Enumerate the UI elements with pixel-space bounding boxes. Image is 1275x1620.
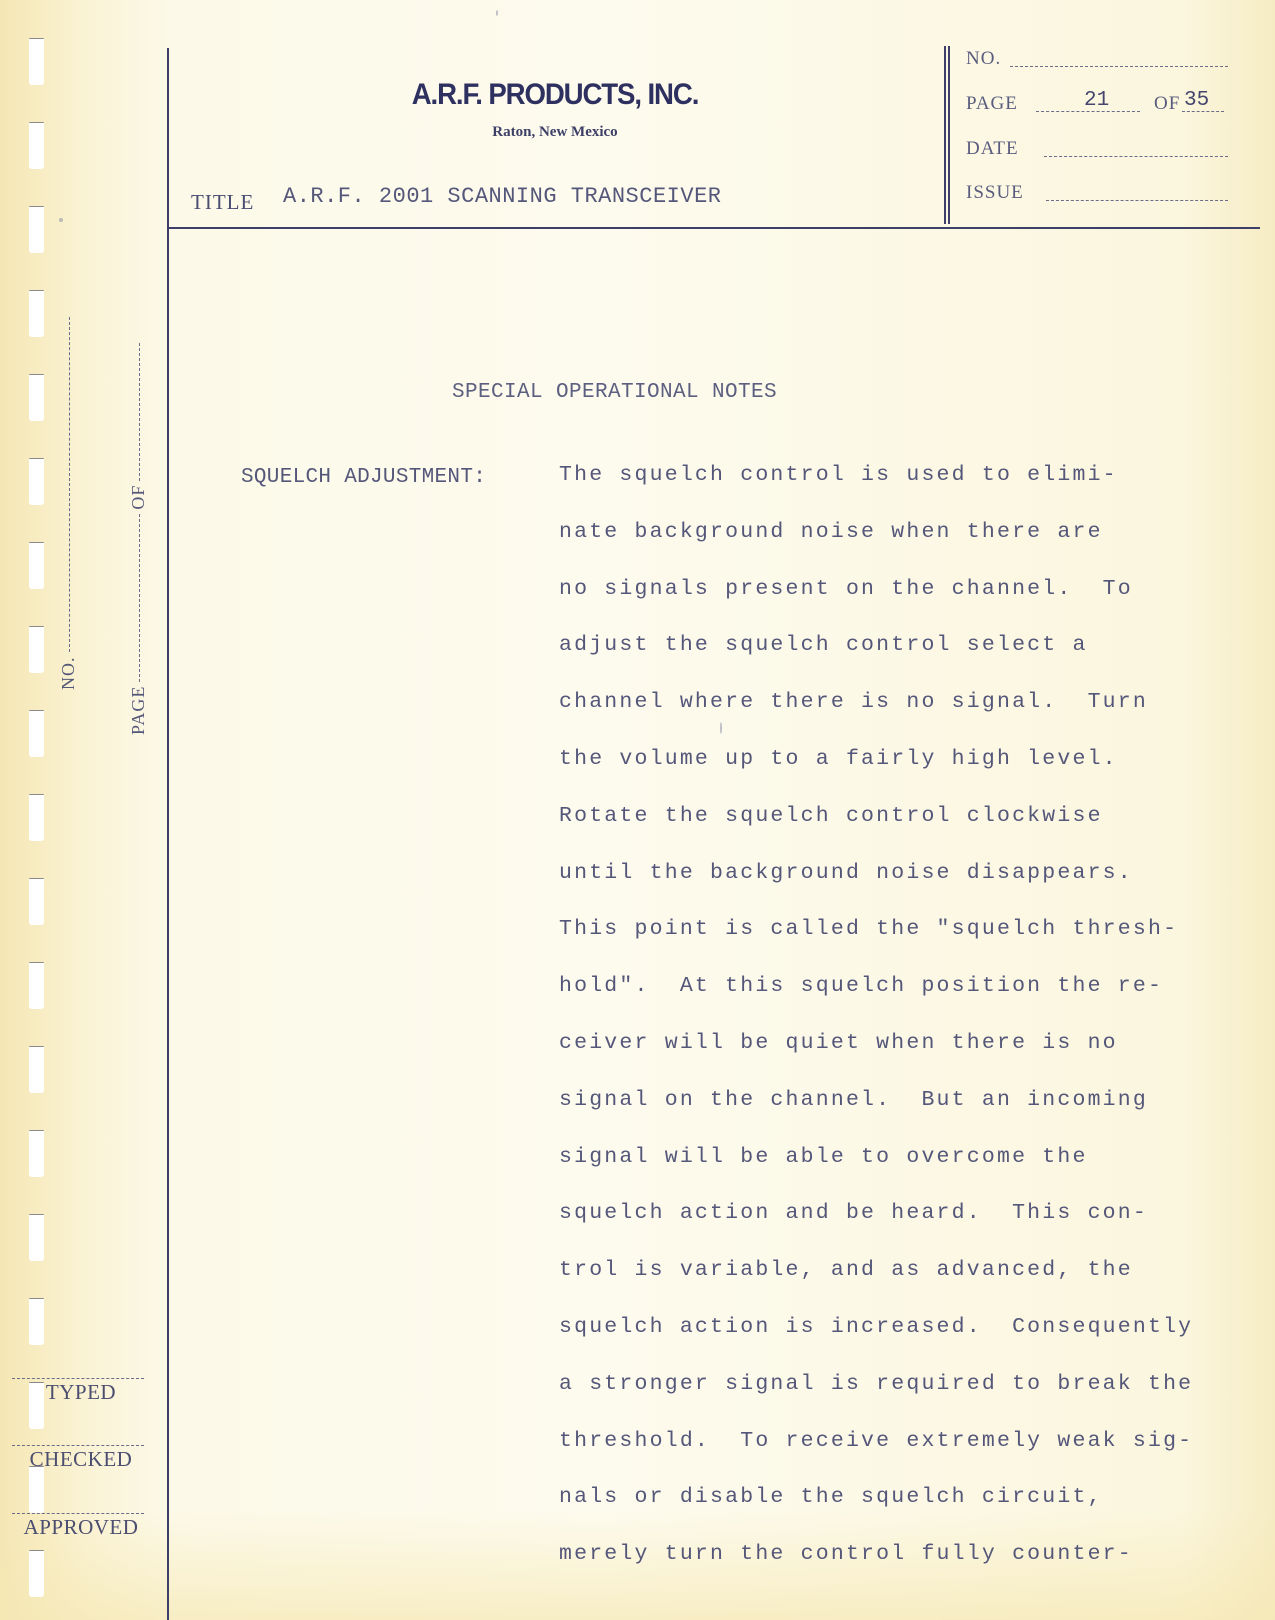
- margin-no-label: NO.: [58, 657, 78, 691]
- text-line: squelch action and be heard. This con-: [559, 1201, 1239, 1258]
- text-line: ceiver will be quiet when there is no: [559, 1031, 1239, 1088]
- of-label: OF: [1154, 93, 1180, 115]
- issue-label: ISSUE: [966, 182, 1024, 204]
- typed-line: [12, 1378, 144, 1379]
- header-rule: [169, 227, 1260, 229]
- text-line: trol is variable, and as advanced, the: [559, 1258, 1239, 1315]
- text-line: threshold. To receive extremely weak sig…: [559, 1429, 1239, 1486]
- body-paragraph: The squelch control is used to elimi-nat…: [559, 463, 1239, 1599]
- checked-label: CHECKED: [12, 1447, 150, 1472]
- punch-holes: [29, 0, 47, 1620]
- text-line: hold". At this squelch position the re-: [559, 974, 1239, 1031]
- punch-hole: [29, 38, 44, 85]
- punch-hole: [29, 1466, 44, 1513]
- margin-rule: [167, 48, 169, 1620]
- punch-hole: [29, 1130, 44, 1177]
- date-field-line: [1044, 156, 1228, 157]
- document-title: A.R.F. 2001 SCANNING TRANSCEIVER: [283, 184, 721, 209]
- punch-hole: [29, 374, 44, 421]
- text-line: the volume up to a fairly high level.: [559, 747, 1239, 804]
- company-name: A.R.F. PRODUCTS, INC.: [394, 78, 716, 112]
- margin-no-line: [69, 318, 70, 653]
- meta-issue: ISSUE: [966, 182, 1266, 208]
- punch-hole: [29, 1298, 44, 1345]
- meta-no: NO.: [966, 48, 1266, 74]
- company-location: Raton, New Mexico: [380, 124, 730, 141]
- text-line: squelch action is increased. Consequentl…: [559, 1315, 1239, 1372]
- approved-line: [12, 1513, 144, 1514]
- text-line: channel where there is no signal. Turn: [559, 690, 1239, 747]
- text-line: nate background noise when there are: [559, 520, 1239, 577]
- typed-label: TYPED: [12, 1380, 150, 1405]
- page-label: PAGE: [966, 93, 1018, 115]
- punch-hole: [29, 1550, 44, 1597]
- title-label: TITLE: [191, 190, 254, 215]
- margin-no-field: NO.: [58, 314, 79, 691]
- paper-speck: [59, 218, 63, 222]
- punch-hole: [29, 794, 44, 841]
- page-number: 21: [1084, 89, 1109, 112]
- checked-line: [12, 1445, 144, 1446]
- margin-page-field: PAGEOF: [128, 339, 149, 735]
- punch-hole: [29, 1214, 44, 1261]
- no-field-line: [1010, 66, 1228, 67]
- punch-hole: [29, 458, 44, 505]
- no-label: NO.: [966, 48, 1001, 70]
- margin-page-line: [139, 514, 140, 682]
- text-line: signal will be able to overcome the: [559, 1145, 1239, 1202]
- text-line: This point is called the "squelch thresh…: [559, 917, 1239, 974]
- text-line: nals or disable the squelch circuit,: [559, 1485, 1239, 1542]
- punch-hole: [29, 290, 44, 337]
- paper-speck: [496, 10, 498, 16]
- punch-hole: [29, 878, 44, 925]
- punch-hole: [29, 626, 44, 673]
- date-label: DATE: [966, 138, 1019, 160]
- issue-field-line: [1046, 200, 1228, 201]
- punch-hole: [29, 122, 44, 169]
- meta-date: DATE: [966, 138, 1266, 164]
- approved-label: APPROVED: [12, 1515, 150, 1540]
- margin-page-label: PAGE: [128, 686, 148, 735]
- text-line: signal on the channel. But an incoming: [559, 1088, 1239, 1145]
- text-line: Rotate the squelch control clockwise: [559, 804, 1239, 861]
- total-pages: 35: [1184, 89, 1209, 112]
- text-line: The squelch control is used to elimi-: [559, 463, 1239, 520]
- text-line: no signals present on the channel. To: [559, 577, 1239, 634]
- punch-hole: [29, 542, 44, 589]
- paper-speck: [720, 722, 722, 734]
- text-line: adjust the squelch control select a: [559, 633, 1239, 690]
- margin-of-line: [139, 343, 140, 481]
- punch-hole: [29, 206, 44, 253]
- punch-hole: [29, 710, 44, 757]
- header-divider: [944, 46, 950, 224]
- section-title: SPECIAL OPERATIONAL NOTES: [452, 381, 777, 404]
- text-line: merely turn the control fully counter-: [559, 1542, 1239, 1599]
- punch-hole: [29, 1046, 44, 1093]
- punch-hole: [29, 962, 44, 1009]
- text-line: until the background noise disappears.: [559, 861, 1239, 918]
- meta-page: PAGE 21 OF 35: [966, 93, 1266, 119]
- margin-of-label: OF: [128, 485, 148, 510]
- side-heading: SQUELCH ADJUSTMENT:: [241, 466, 486, 489]
- text-line: a stronger signal is required to break t…: [559, 1372, 1239, 1429]
